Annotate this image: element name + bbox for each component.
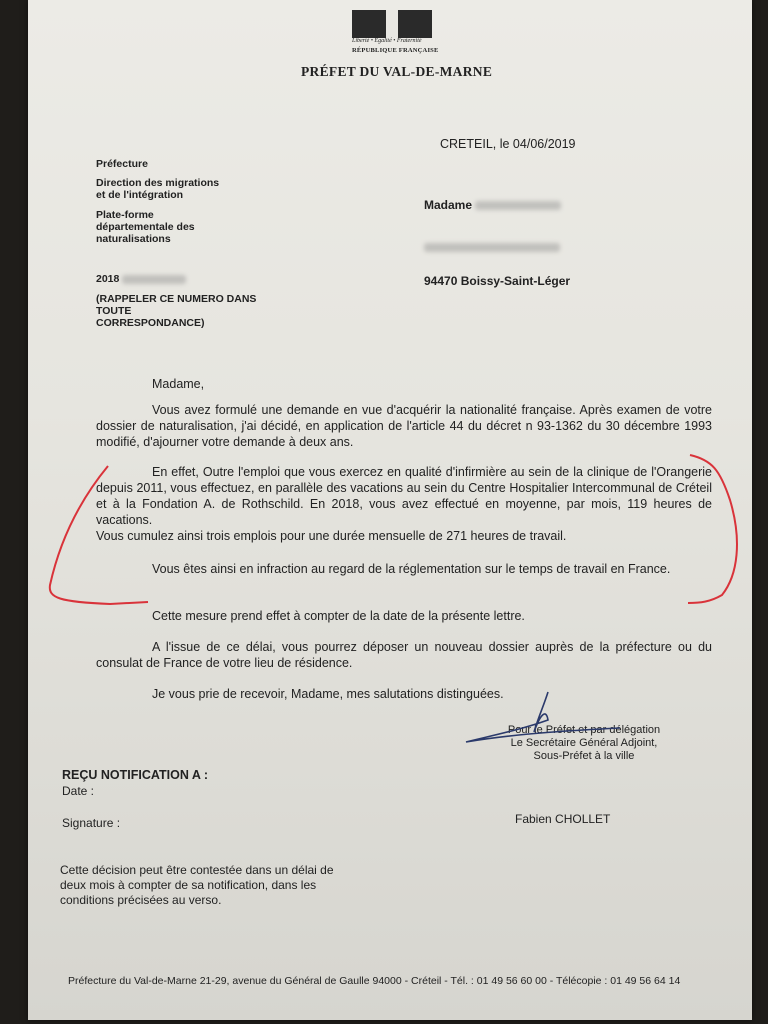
reference-note-line: CORRESPONDANCE) (96, 317, 256, 329)
platform-line: naturalisations (96, 233, 195, 245)
recipient-city: 94470 Boissy-Saint-Léger (424, 274, 570, 288)
sender-platform: Plate-forme départementale des naturalis… (96, 209, 195, 245)
republic-name: RÉPUBLIQUE FRANÇAISE (352, 47, 439, 54)
platform-line: Plate-forme (96, 209, 195, 221)
receipt-date-label: Date : (62, 784, 94, 798)
paragraph-reapply: A l'issue de ce délai, vous pourrez dépo… (96, 639, 712, 671)
reference-note-line: TOUTE (96, 305, 256, 317)
sender-direction: Direction des migrations et de l'intégra… (96, 177, 219, 201)
appeal-line: Cette décision peut être contestée dans … (60, 863, 334, 878)
appeal-notice: Cette décision peut être contestée dans … (60, 863, 334, 908)
recipient-name: Madame (424, 198, 561, 212)
reference-number: 2018 (96, 273, 186, 285)
marianne-logo: Liberté • Égalité • Fraternité RÉPUBLIQU… (352, 10, 436, 58)
recipient-street (424, 240, 560, 254)
signature-block: Pour le Préfet et par délégation Le Secr… (484, 724, 684, 763)
date-line: CRETEIL, le 04/06/2019 (440, 137, 576, 151)
paragraph-cumulative: Vous cumulez ainsi trois emplois pour un… (96, 528, 712, 544)
signature-line: Sous-Préfet à la ville (484, 750, 684, 763)
recipient-salutation: Madame (424, 198, 472, 212)
paragraph-closing: Je vous prie de recevoir, Madame, mes sa… (96, 686, 712, 702)
appeal-line: deux mois à compter de sa notification, … (60, 878, 334, 893)
reference-note: (RAPPELER CE NUMERO DANS TOUTE CORRESPON… (96, 293, 256, 329)
reference-note-line: (RAPPELER CE NUMERO DANS (96, 293, 256, 305)
signatory-name: Fabien CHOLLET (515, 812, 610, 826)
marianne-flag-icon (352, 10, 432, 38)
footer-address: Préfecture du Val-de-Marne 21-29, avenue… (68, 975, 680, 987)
letterhead-title: PRÉFET DU VAL-DE-MARNE (301, 64, 492, 80)
redacted-reference (122, 275, 186, 284)
direction-line: Direction des migrations (96, 177, 219, 189)
greeting: Madame, (152, 376, 204, 392)
receipt-signature-label: Signature : (62, 816, 120, 830)
platform-line: départementale des (96, 221, 195, 233)
paragraph-decision: Vous avez formulé une demande en vue d'a… (96, 402, 712, 450)
receipt-title: REÇU NOTIFICATION A : (62, 768, 208, 782)
reference-prefix: 2018 (96, 273, 119, 285)
signature-line: Le Secrétaire Général Adjoint, (484, 737, 684, 750)
republic-motto: Liberté • Égalité • Fraternité (352, 38, 422, 44)
paragraph-reasons: En effet, Outre l'emploi que vous exerce… (96, 464, 712, 528)
redacted-street (424, 243, 560, 252)
direction-line: et de l'intégration (96, 189, 219, 201)
signature-line: Pour le Préfet et par délégation (484, 724, 684, 737)
sender-office: Préfecture (96, 158, 148, 170)
appeal-line: conditions précisées au verso. (60, 893, 334, 908)
redacted-name (475, 201, 561, 210)
paragraph-infraction: Vous êtes ainsi en infraction au regard … (96, 561, 712, 577)
paragraph-effect: Cette mesure prend effet à compter de la… (96, 608, 712, 624)
